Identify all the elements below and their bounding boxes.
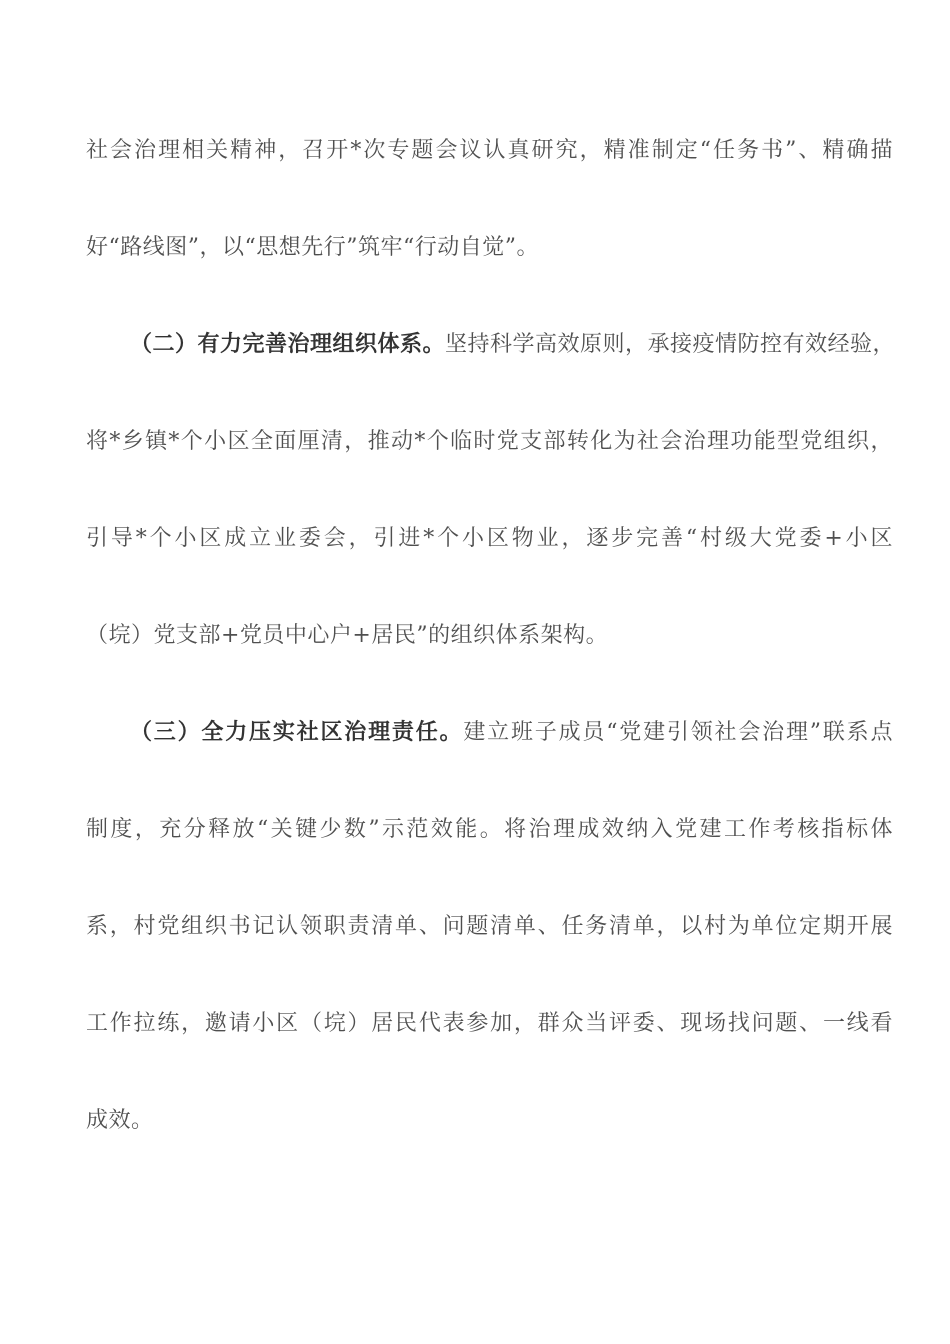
text-line: （垸）党支部+党员中心户+居民”的组织体系架构。 [86, 587, 893, 684]
section-heading-run: （二）有力完善治理组织体系。 [130, 331, 445, 357]
body-run: 坚持科学高效原则，承接疫情防控有效经验， [445, 332, 895, 357]
body-run: 制度，充分释放“关键少数”示范效能。将治理成效纳入党建工作考核指标体 [86, 817, 893, 842]
text-line-section-heading-3: （三）全力压实社区治理责任。建立班子成员“党建引领社会治理”联系点 [86, 684, 893, 781]
text-line: 好“路线图”，以“思想先行”筑牢“行动自觉”。 [86, 199, 893, 296]
section-heading-run: （三）全力压实社区治理责任。 [130, 719, 463, 745]
text-line: 制度，充分释放“关键少数”示范效能。将治理成效纳入党建工作考核指标体 [86, 781, 893, 878]
body-run: 成效。 [86, 1108, 154, 1133]
text-line: 社会治理相关精神，召开*次专题会议认真研究，精准制定“任务书”、精确描 [86, 102, 893, 199]
text-line: 工作拉练，邀请小区（垸）居民代表参加，群众当评委、现场找问题、一线看 [86, 975, 893, 1072]
document-body: 社会治理相关精神，召开*次专题会议认真研究，精准制定“任务书”、精确描 好“路线… [86, 102, 893, 1169]
text-line: 将*乡镇*个小区全面厘清，推动*个临时党支部转化为社会治理功能型党组织， [86, 393, 893, 490]
text-line: 系，村党组织书记认领职责清单、问题清单、任务清单，以村为单位定期开展 [86, 878, 893, 975]
body-run: 将*乡镇*个小区全面厘清，推动*个临时党支部转化为社会治理功能型党组织， [86, 429, 893, 454]
body-run: （垸）党支部+党员中心户+居民”的组织体系架构。 [86, 623, 608, 648]
text-line-section-heading-2: （二）有力完善治理组织体系。坚持科学高效原则，承接疫情防控有效经验， [86, 296, 893, 393]
body-run: 工作拉练，邀请小区（垸）居民代表参加，群众当评委、现场找问题、一线看 [86, 1011, 893, 1036]
body-run: 系，村党组织书记认领职责清单、问题清单、任务清单，以村为单位定期开展 [86, 914, 893, 939]
body-run: 引导*个小区成立业委会，引进*个小区物业，逐步完善“村级大党委+小区 [86, 526, 893, 551]
body-run: 建立班子成员“党建引领社会治理”联系点 [463, 720, 893, 745]
text-line: 引导*个小区成立业委会，引进*个小区物业，逐步完善“村级大党委+小区 [86, 490, 893, 587]
text-line: 成效。 [86, 1072, 893, 1169]
body-run: 社会治理相关精神，召开*次专题会议认真研究，精准制定“任务书”、精确描 [86, 138, 893, 163]
body-run: 好“路线图”，以“思想先行”筑牢“行动自觉”。 [86, 235, 539, 260]
document-page: 社会治理相关精神，召开*次专题会议认真研究，精准制定“任务书”、精确描 好“路线… [0, 0, 950, 1344]
